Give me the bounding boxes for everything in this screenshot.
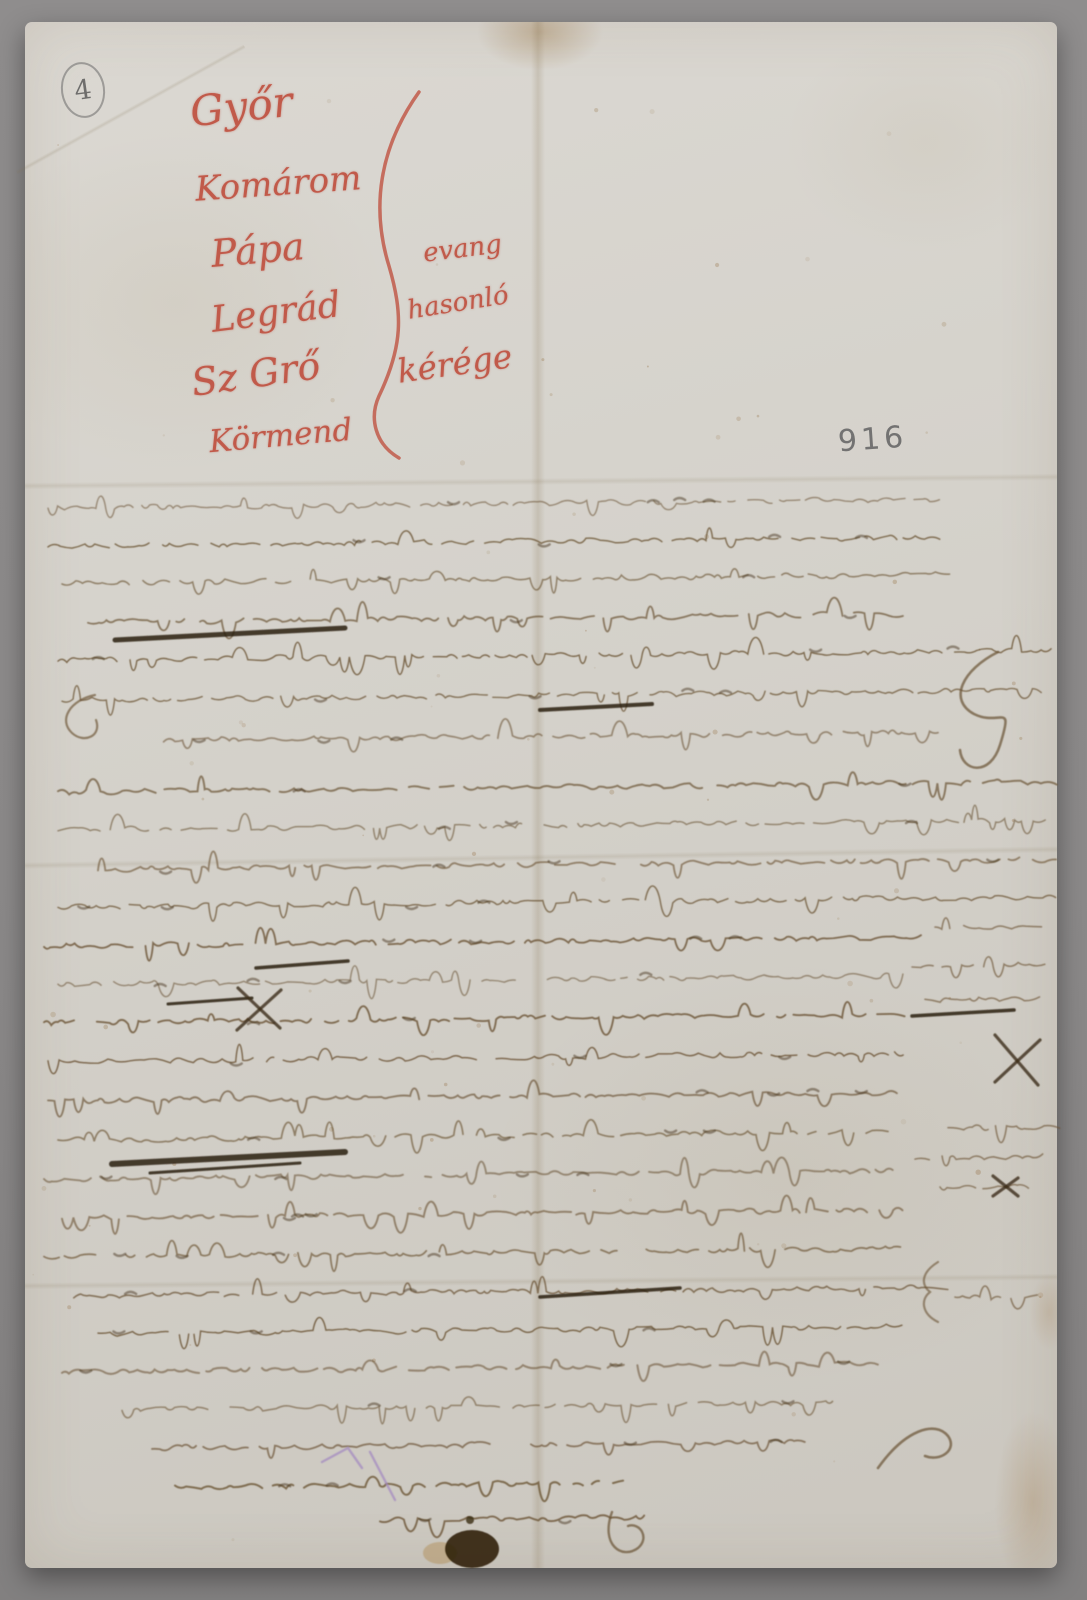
vertical-fold-crease <box>531 22 545 1568</box>
red-place-gyor: Győr <box>188 77 295 136</box>
red-place-komarom: Komárom <box>194 158 363 210</box>
archive-number: 916 <box>837 420 909 460</box>
scan-background: 4 916 Győr Komárom Pápa Legrád Sz Grő Kö… <box>0 0 1087 1600</box>
folio-number: 4 <box>72 73 93 106</box>
red-place-papa: Pápa <box>209 224 306 276</box>
red-place-szgro: Sz Grő <box>189 343 323 405</box>
manuscript-page: 4 916 Győr Komárom Pápa Legrád Sz Grő Kö… <box>25 22 1057 1568</box>
horizontal-fold-crease <box>25 1273 1057 1289</box>
horizontal-fold-crease <box>25 846 1057 869</box>
red-place-kormend: Körmend <box>208 412 354 460</box>
horizontal-fold-crease <box>25 473 1057 489</box>
red-place-legrad: Legrád <box>209 284 343 341</box>
red-brace-icon <box>355 84 435 464</box>
folio-number-badge: 4 <box>57 59 108 121</box>
